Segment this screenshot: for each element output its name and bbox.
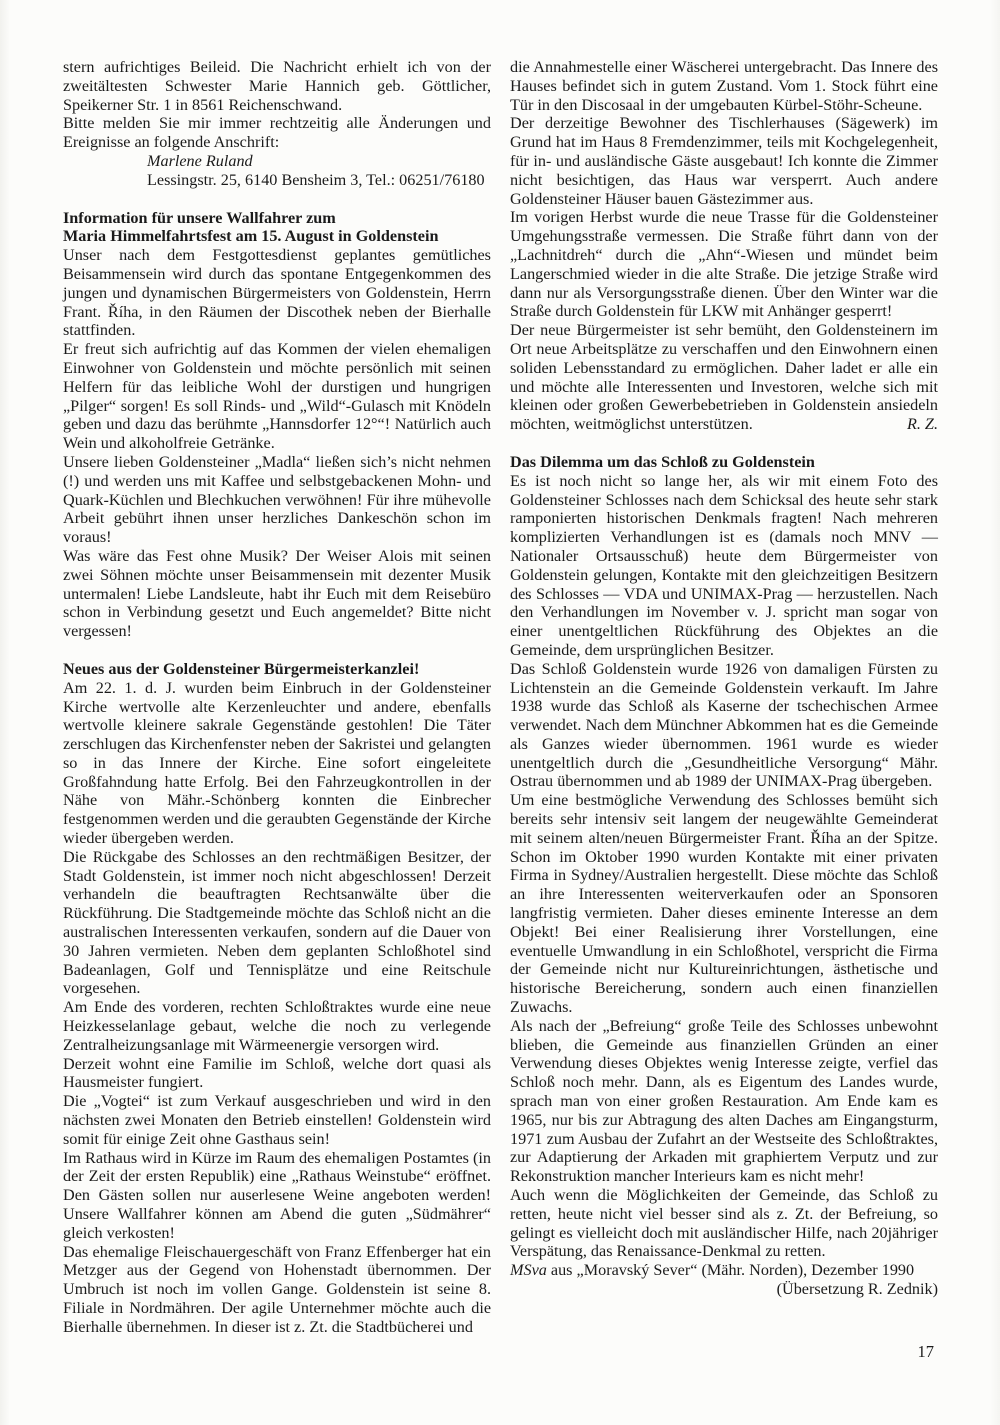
- right-column: die Annahmestelle einer Wäscherei unterg…: [510, 58, 938, 1337]
- paragraph-text: Der neue Bürgermeister ist sehr bemüht, …: [510, 321, 938, 433]
- paragraph: Unser nach dem Festgottesdienst geplante…: [63, 246, 491, 340]
- paragraph: Er freut sich aufrichtig auf das Kommen …: [63, 340, 491, 453]
- paragraph: Das Schloß Goldenstein wurde 1926 von da…: [510, 660, 938, 792]
- section-heading-wallfahrer: Information für unsere Wallfahrer zum Ma…: [63, 209, 491, 247]
- address-name: Marlene Ruland: [63, 152, 491, 171]
- signed-paragraph: Der neue Bürgermeister ist sehr bemüht, …: [510, 321, 938, 434]
- page-number: 17: [918, 1342, 935, 1361]
- paragraph: Um eine bestmögliche Verwendung des Schl…: [510, 791, 938, 1017]
- paragraph: die Annahmestelle einer Wäscherei unterg…: [510, 58, 938, 114]
- paragraph: Derzeit wohnt eine Familie im Schloß, we…: [63, 1055, 491, 1093]
- paragraph: Im vorigen Herbst wurde die neue Trasse …: [510, 208, 938, 321]
- paragraph: Was wäre das Fest ohne Musik? Der Weiser…: [63, 547, 491, 641]
- paragraph: Bitte melden Sie mir immer rechtzeitig a…: [63, 114, 491, 152]
- source-credit: MSva aus „Moravský Sever“ (Mähr. Norden)…: [510, 1261, 938, 1280]
- paragraph: Am 22. 1. d. J. wurden beim Einbruch in …: [63, 679, 491, 848]
- paragraph: Der derzeitige Bewohner des Tischlerhaus…: [510, 114, 938, 208]
- paragraph: Am Ende des vorderen, rechten Schloßtrak…: [63, 998, 491, 1054]
- section-heading-buergermeisterkanzlei: Neues aus der Goldensteiner Bürgermeiste…: [63, 660, 491, 679]
- author-initials: R. Z.: [907, 415, 938, 434]
- translation-credit: (Übersetzung R. Zednik): [510, 1280, 938, 1299]
- section-heading-dilemma: Das Dilemma um das Schloß zu Goldenstein: [510, 453, 938, 472]
- two-column-layout: stern aufrichtiges Beileid. Die Nachrich…: [63, 58, 938, 1337]
- source-text: aus „Moravský Sever“ (Mähr. Norden), Dez…: [547, 1261, 914, 1279]
- paragraph: Die Rückgabe des Schlosses an den rechtm…: [63, 848, 491, 998]
- paragraph: Es ist noch nicht so lange her, als wir …: [510, 472, 938, 660]
- paragraph: Das ehemalige Fleischauergeschäft von Fr…: [63, 1243, 491, 1337]
- left-column: stern aufrichtiges Beileid. Die Nachrich…: [63, 58, 491, 1337]
- paragraph: Auch wenn die Möglichkeiten der Gemeinde…: [510, 1186, 938, 1261]
- address-line: Lessingstr. 25, 6140 Bensheim 3, Tel.: 0…: [63, 171, 491, 190]
- paragraph: Als nach der „Befreiung“ große Teile des…: [510, 1017, 938, 1186]
- paragraph: stern aufrichtiges Beileid. Die Nachrich…: [63, 58, 491, 114]
- document-page: { "page": { "number": "17" }, "left": { …: [0, 0, 1000, 1425]
- paragraph: Im Rathaus wird in Kürze im Raum des ehe…: [63, 1149, 491, 1243]
- paragraph: Die „Vogtei“ ist zum Verkauf ausgeschrie…: [63, 1092, 491, 1148]
- paragraph: Unsere lieben Goldensteiner „Madla“ ließ…: [63, 453, 491, 547]
- source-abbreviation: MSva: [510, 1261, 547, 1279]
